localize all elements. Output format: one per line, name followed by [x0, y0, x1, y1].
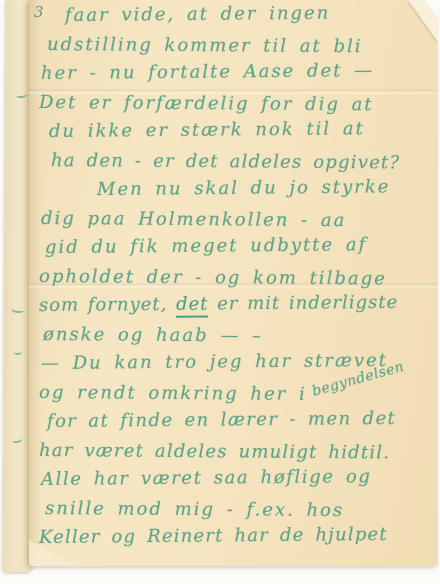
line-segment: og rendt omkring her i — [39, 382, 319, 405]
letter-line: som fornyet, det er mit inderligste — [39, 292, 432, 324]
letter-line: Alle har været saa høflige og — [41, 466, 432, 498]
line-segment: som fornyet, — [39, 294, 176, 316]
handwritten-text: faar vide, at der ingen udstilling komme… — [39, 5, 432, 556]
letter-line: gid du fik meget udbytte af — [45, 234, 432, 266]
letter-page: 3 faar vide, at der ingen udstilling kom… — [28, 0, 438, 566]
underlined-word: det — [176, 294, 209, 318]
ink-fragment — [12, 435, 23, 444]
letter-line: Keller og Reinert har de hjulpet — [39, 524, 432, 556]
letter-line: her - nu fortalte Aase det — — [41, 60, 432, 92]
letter-line: for at finde en lærer - men det — [47, 408, 432, 440]
letter-scan: 3 faar vide, at der ingen udstilling kom… — [0, 0, 440, 584]
letter-line: faar vide, at der ingen — [65, 2, 432, 34]
ink-fragment — [13, 349, 21, 356]
ink-fragment — [10, 305, 24, 314]
letter-line: Men nu skal du jo styrke — [97, 176, 432, 208]
line-segment: er mit inderligste — [208, 292, 398, 315]
letter-line: du ikke er stærk nok til at — [49, 118, 432, 150]
ink-fragment — [16, 91, 28, 98]
